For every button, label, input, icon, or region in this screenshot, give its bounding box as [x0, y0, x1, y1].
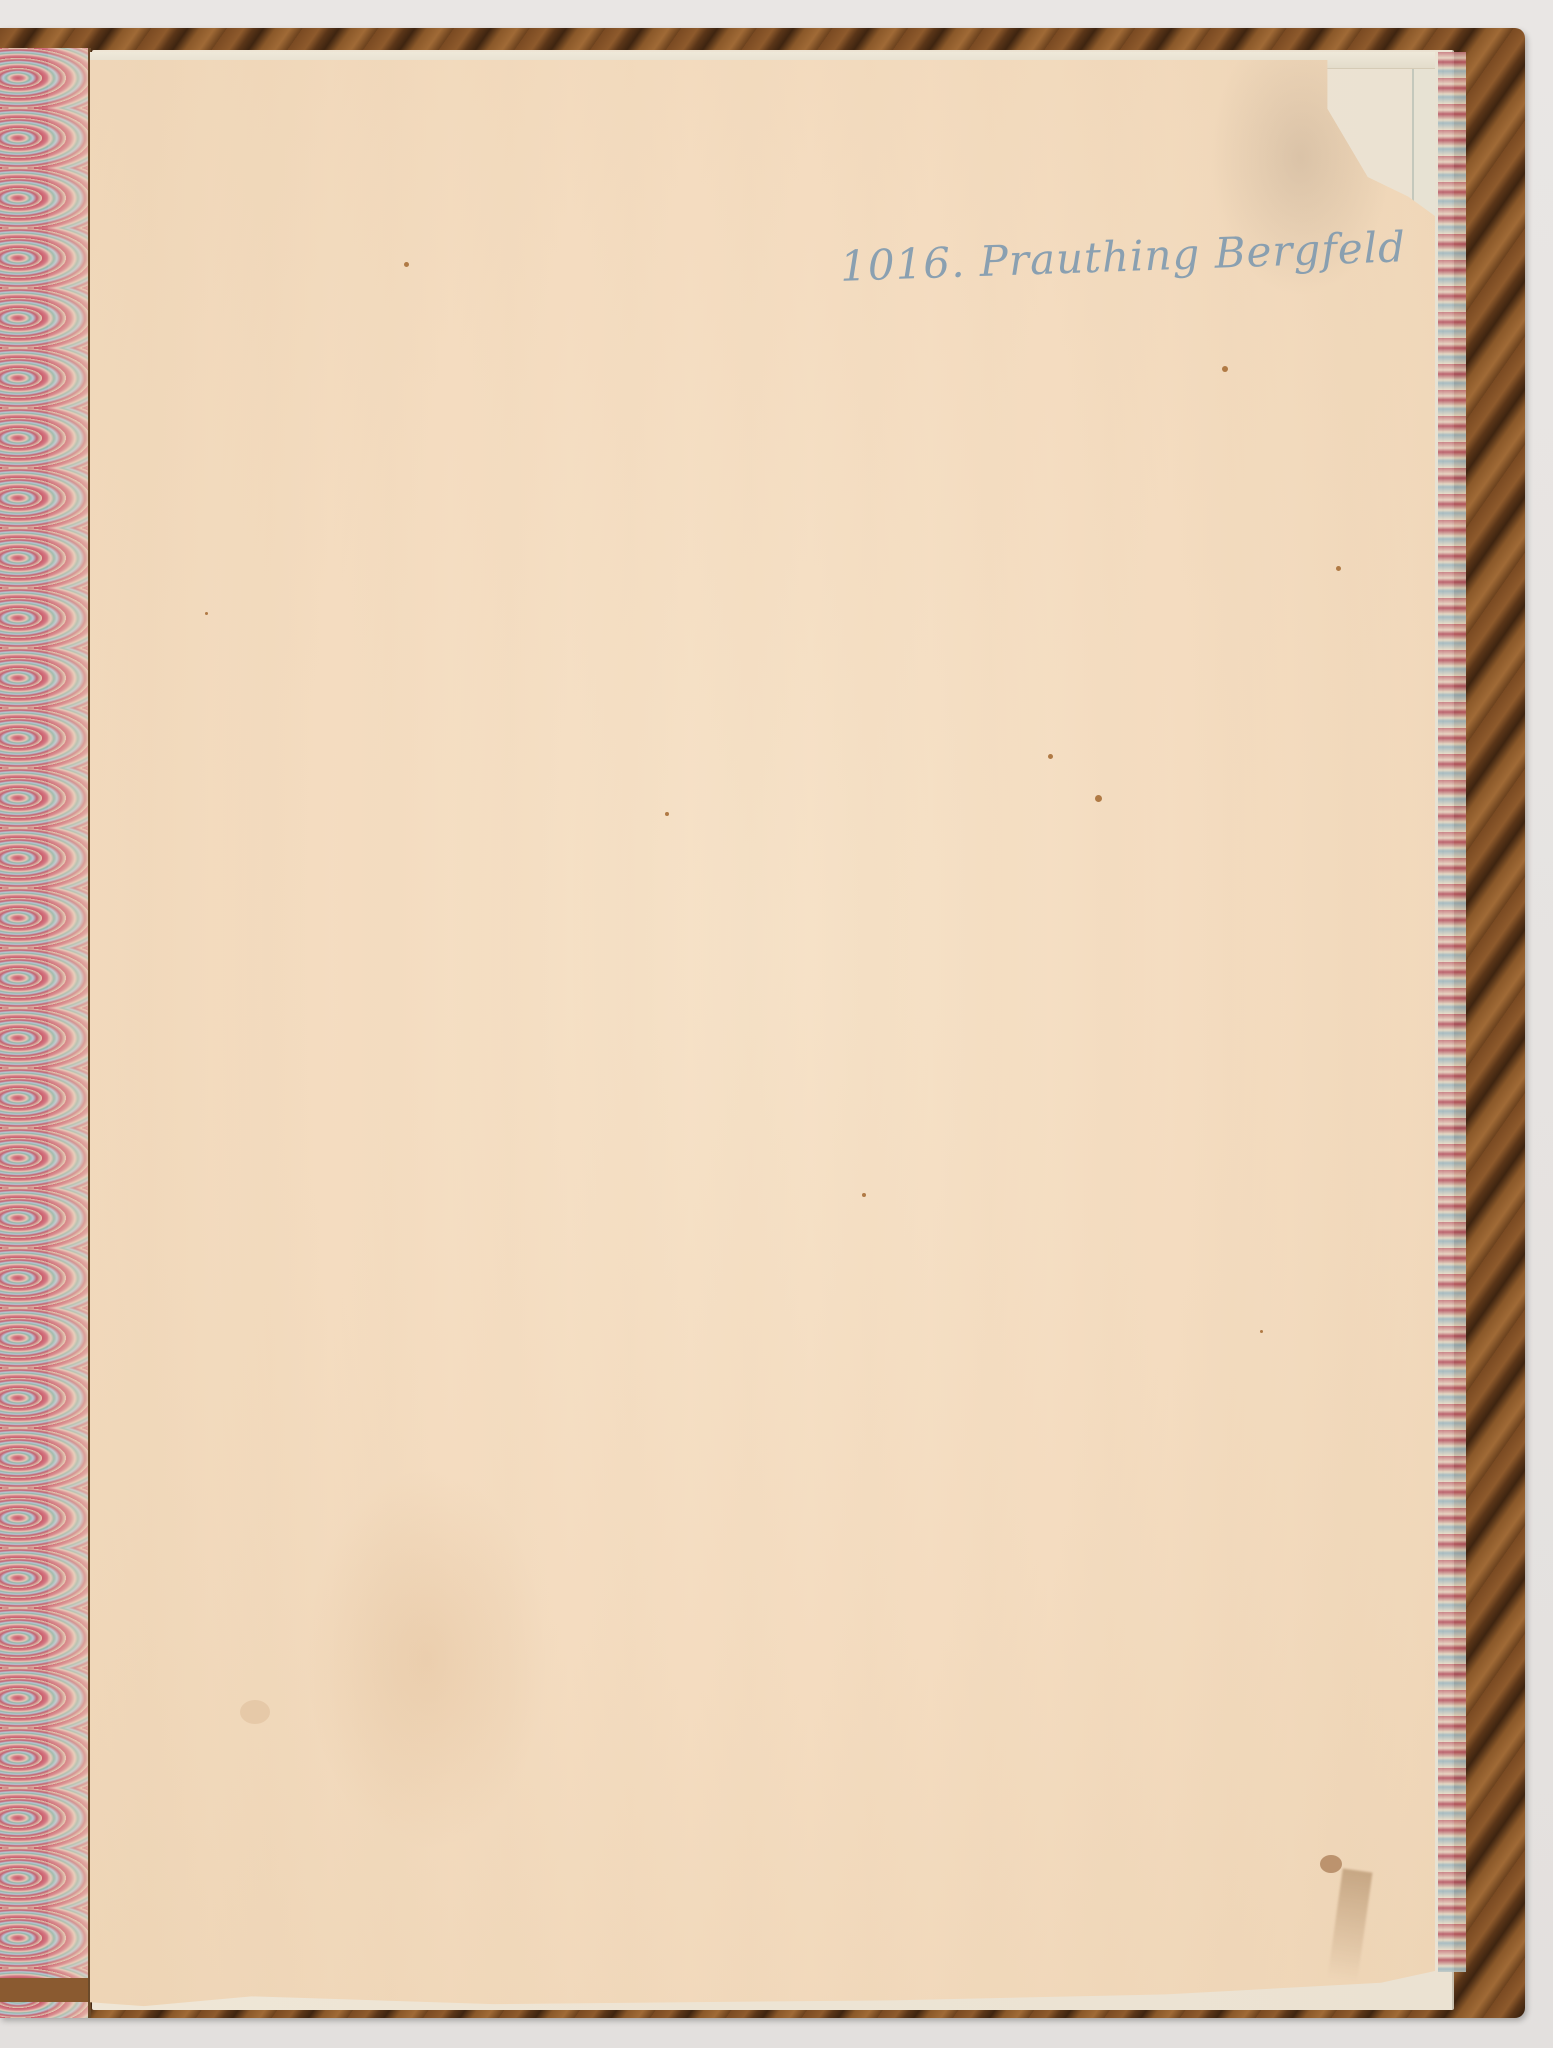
flyleaf-page — [90, 60, 1435, 2010]
foxing-spot — [1336, 566, 1341, 571]
foxing-spot — [1260, 1330, 1263, 1333]
foxing-spot — [404, 262, 409, 267]
foxing-spot — [665, 812, 669, 816]
foxing-spot — [240, 1700, 270, 1724]
marbled-endpaper-left — [0, 48, 91, 2018]
book-scan: 1016. Prauthing Bergfeld — [0, 0, 1553, 2048]
foxing-spot — [205, 612, 208, 615]
foxing-spot — [1222, 366, 1228, 372]
foxing-spot — [1095, 795, 1102, 802]
foxing-spot — [862, 1193, 866, 1197]
marbled-edge-right — [1438, 52, 1466, 1972]
foxing-spot — [1048, 754, 1053, 759]
cover-edge-bottom — [0, 1978, 88, 2002]
stain-spot — [1320, 1855, 1342, 1873]
